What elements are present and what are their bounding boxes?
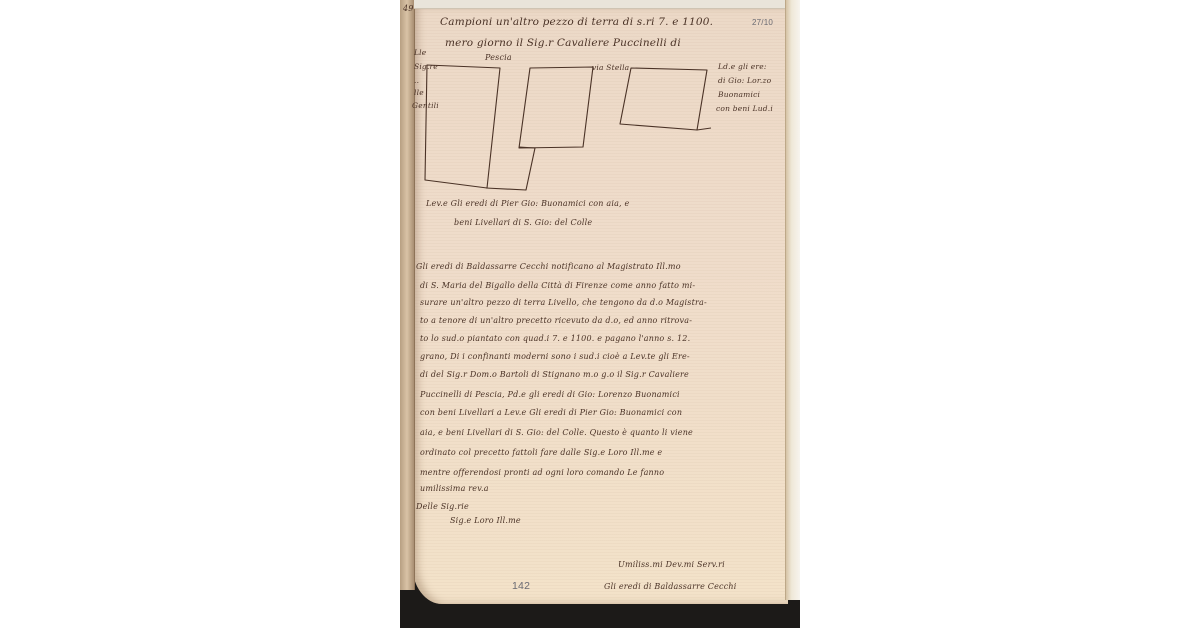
body-line-4: to a tenore di un'altro precetto ricevut…: [420, 316, 692, 325]
signature-line-2: Gli eredi di Baldassarre Cecchi: [604, 582, 737, 591]
diagram-right-note-1: Ld.e gli ere:: [718, 62, 767, 71]
page-number: 142: [512, 580, 530, 592]
body-line-1: Gli eredi di Baldassarre Cecchi notifica…: [416, 262, 681, 271]
signature-line-1: Umiliss.mi Dev.mi Serv.ri: [618, 560, 725, 569]
body-line-13: umilissima rev.a: [420, 484, 489, 493]
body-line-2: di S. Maria del Bigallo della Città di F…: [420, 281, 695, 290]
plot-right-outline: [620, 68, 707, 130]
body-line-12: mentre offerendosi pronti ad ogni loro c…: [420, 468, 664, 477]
body-line-8: Puccinelli di Pescia, Pd.e gli eredi di …: [420, 390, 680, 399]
body-line-6: grano, Di i confinanti moderni sono i su…: [420, 352, 690, 361]
diagram-right-note-2: di Gio: Lor.zo: [718, 76, 771, 85]
body-line-11: ordinato col precetto fattoli fare dalle…: [420, 448, 662, 457]
closing-line-1: Delle Sig.rie: [416, 502, 469, 511]
diagram-right-note-4: con beni Lud.i: [716, 104, 773, 113]
body-line-10: aia, e beni Livellari di S. Gio: del Col…: [420, 428, 693, 437]
diagram-right-note-3: Buonamici: [718, 90, 760, 99]
plot-center-outline: [519, 67, 593, 148]
land-plot-diagram: [400, 0, 800, 200]
caption-line-2: beni Livellari di S. Gio: del Colle: [454, 218, 592, 227]
closing-line-2: Sig.e Loro Ill.me: [450, 516, 521, 525]
body-line-9: con beni Livellari a Lev.e Gli eredi di …: [420, 408, 682, 417]
manuscript-scan: 49 27/10 Campioni un'altro pezzo di terr…: [400, 0, 800, 628]
body-line-3: surare un'altro pezzo di terra Livello, …: [420, 298, 707, 307]
body-line-5: to lo sud.o piantato con quad.i 7. e 110…: [420, 334, 690, 343]
body-line-7: di del Sig.r Dom.o Bartoli di Stignano m…: [420, 370, 689, 379]
plot-left-outline: [425, 65, 500, 188]
caption-line-1: Lev.e Gli eredi di Pier Gio: Buonamici c…: [426, 199, 629, 208]
plot-center-lower-outline: [486, 147, 535, 190]
diagram-label-via: via Stella: [592, 63, 629, 72]
